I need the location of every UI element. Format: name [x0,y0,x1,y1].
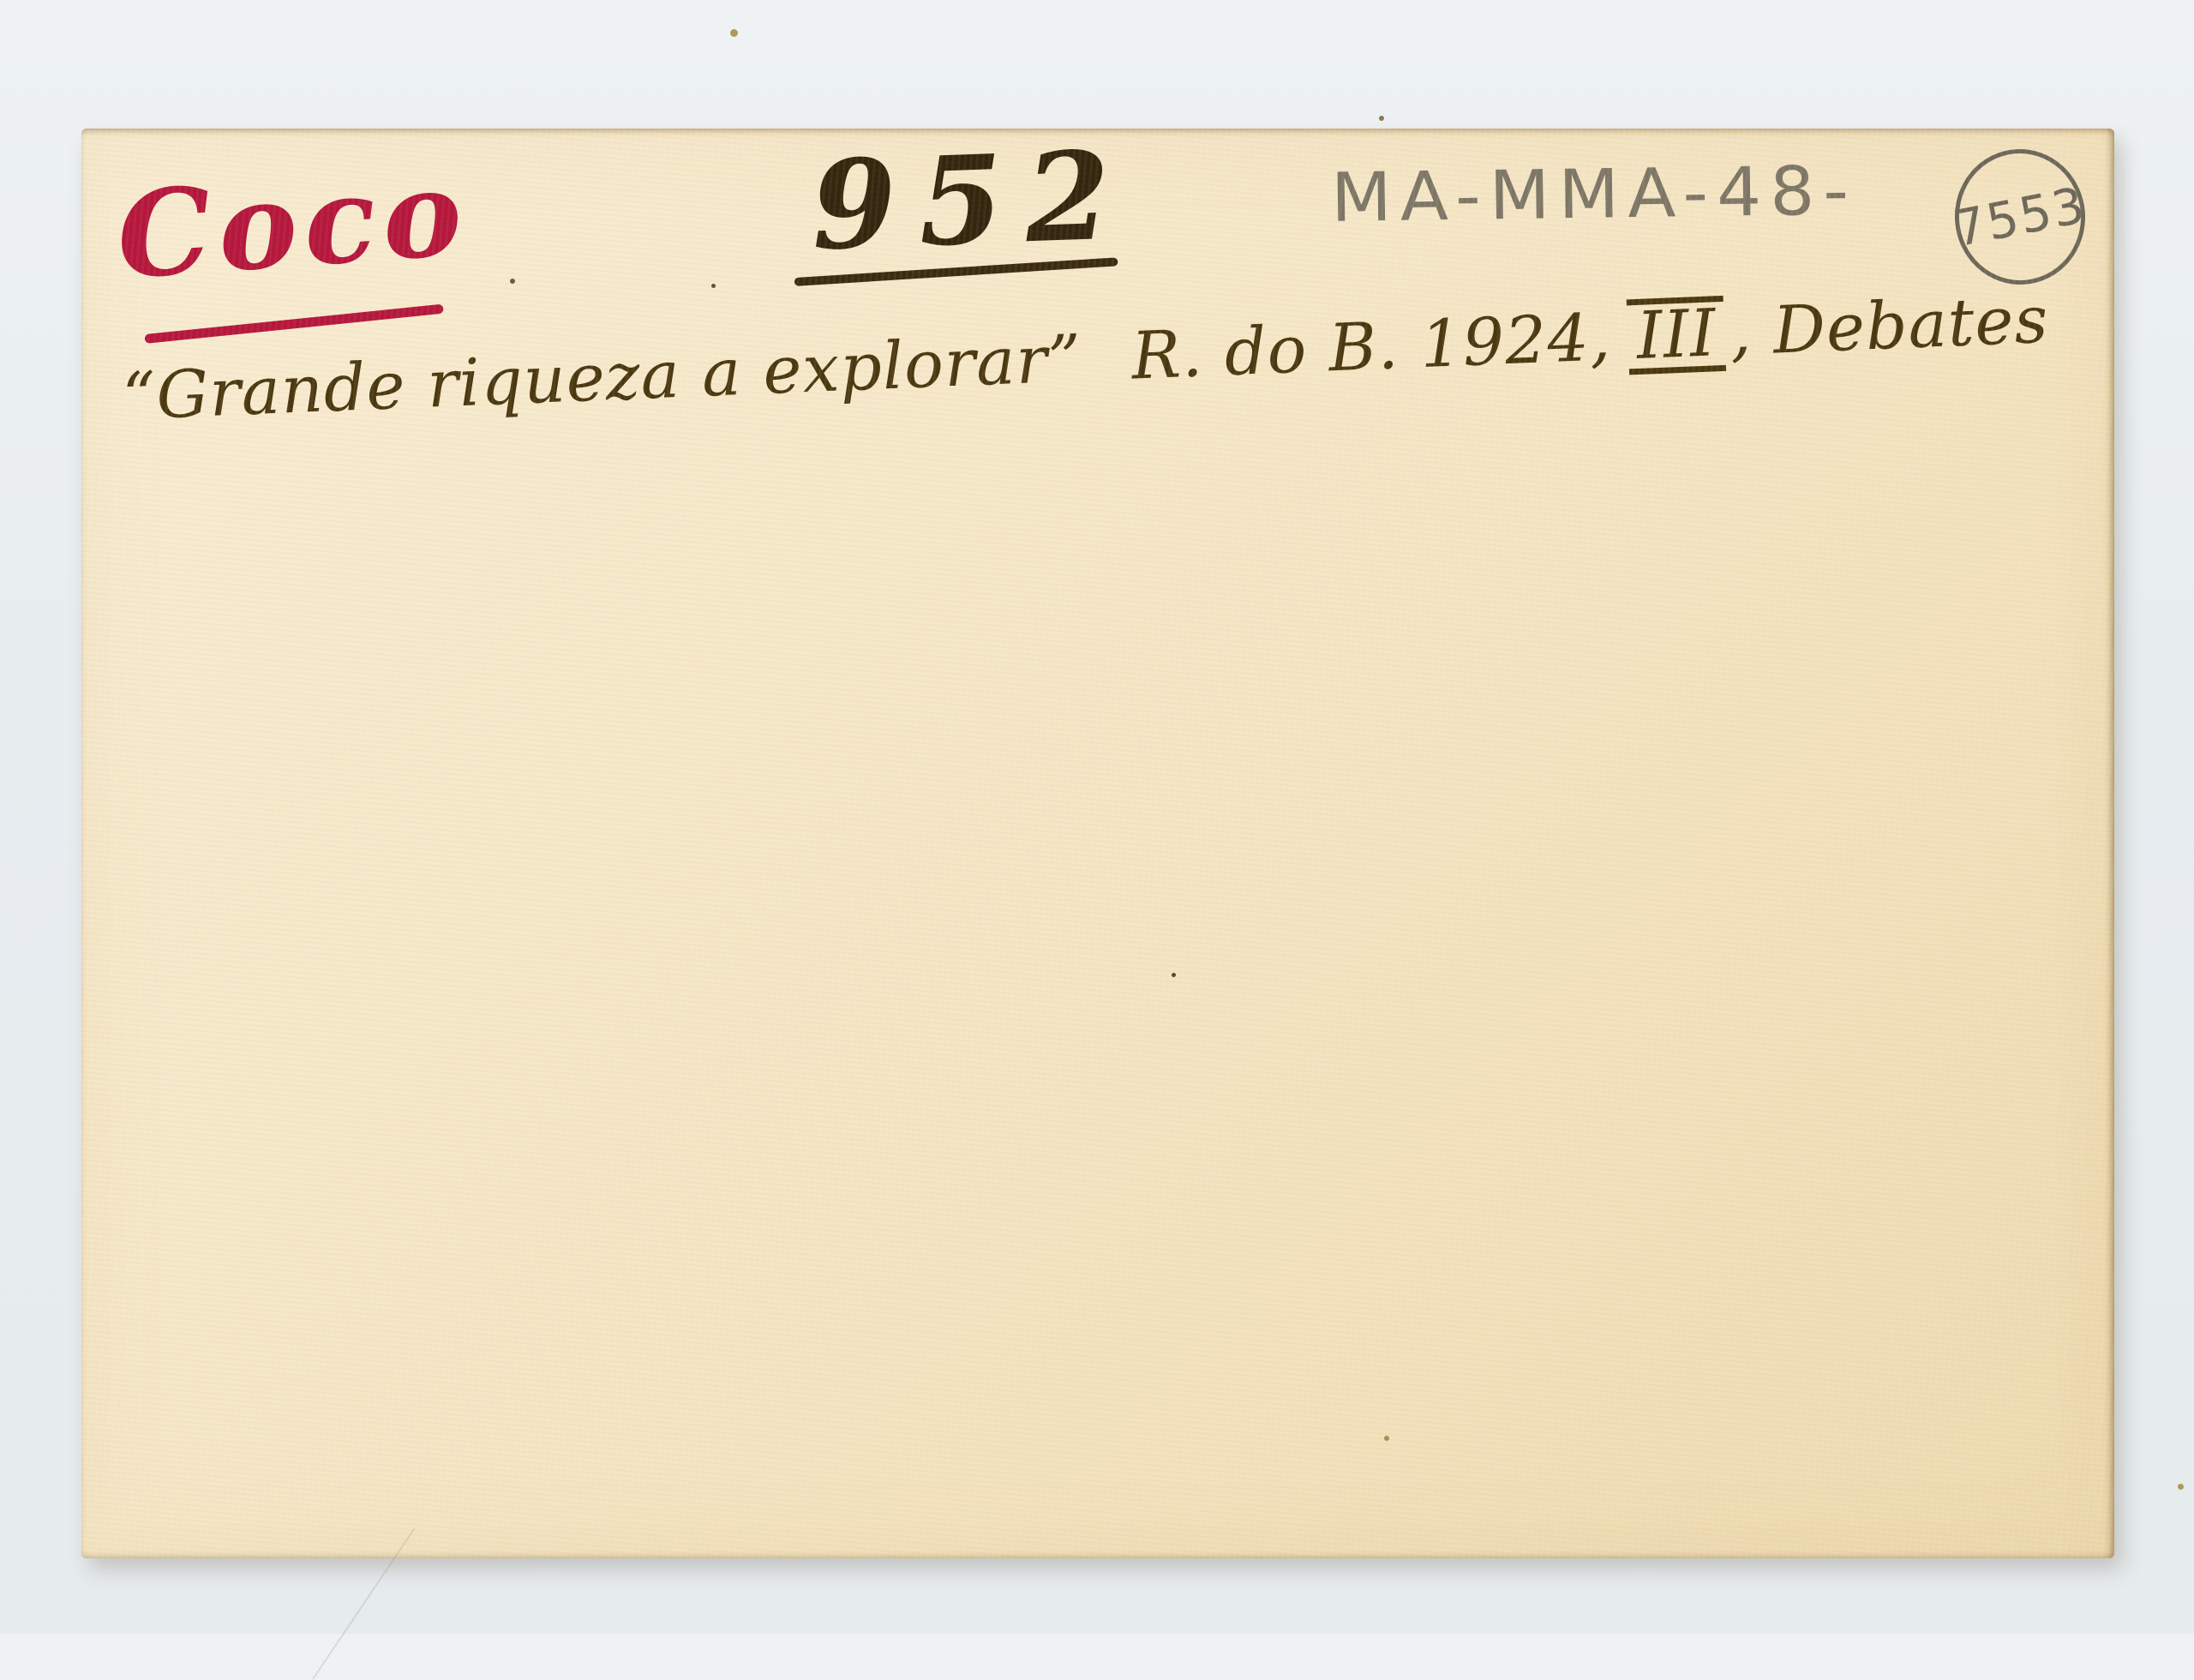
dust-speck [730,29,738,37]
paper-scratch [312,1528,415,1634]
note-citation: R. do B. 1924, [1130,298,1613,393]
dust-speck [1172,973,1176,977]
card-number-handwritten: 952 [809,124,1135,278]
dust-speck [2178,1484,2184,1490]
card-title-handwritten: Coco [112,142,472,306]
note-roman-numeral: III [1627,296,1727,375]
note-quoted-phrase: “Grande riqueza a explorar” [121,320,1083,435]
dust-speck [1379,116,1384,121]
scan-background: Coco 952 MA-MMA-48- 7553 “Grande riqueza… [0,0,2194,1634]
circled-inventory-number: 7553 [1951,145,2090,289]
archive-code-pencil: MA-MMA-48- [1330,152,1857,237]
handwritten-note-line: “Grande riqueza a explorar”R. do B. 1924… [121,281,2050,435]
dust-speck [510,279,515,284]
dust-speck [1384,1436,1389,1441]
dust-speck [711,284,716,288]
inventory-number-text: 7553 [1949,176,2091,258]
title-underline-stroke [144,304,443,344]
index-card: Coco 952 MA-MMA-48- 7553 “Grande riqueza… [81,129,2114,1558]
note-tail: , Debates [1729,281,2050,370]
